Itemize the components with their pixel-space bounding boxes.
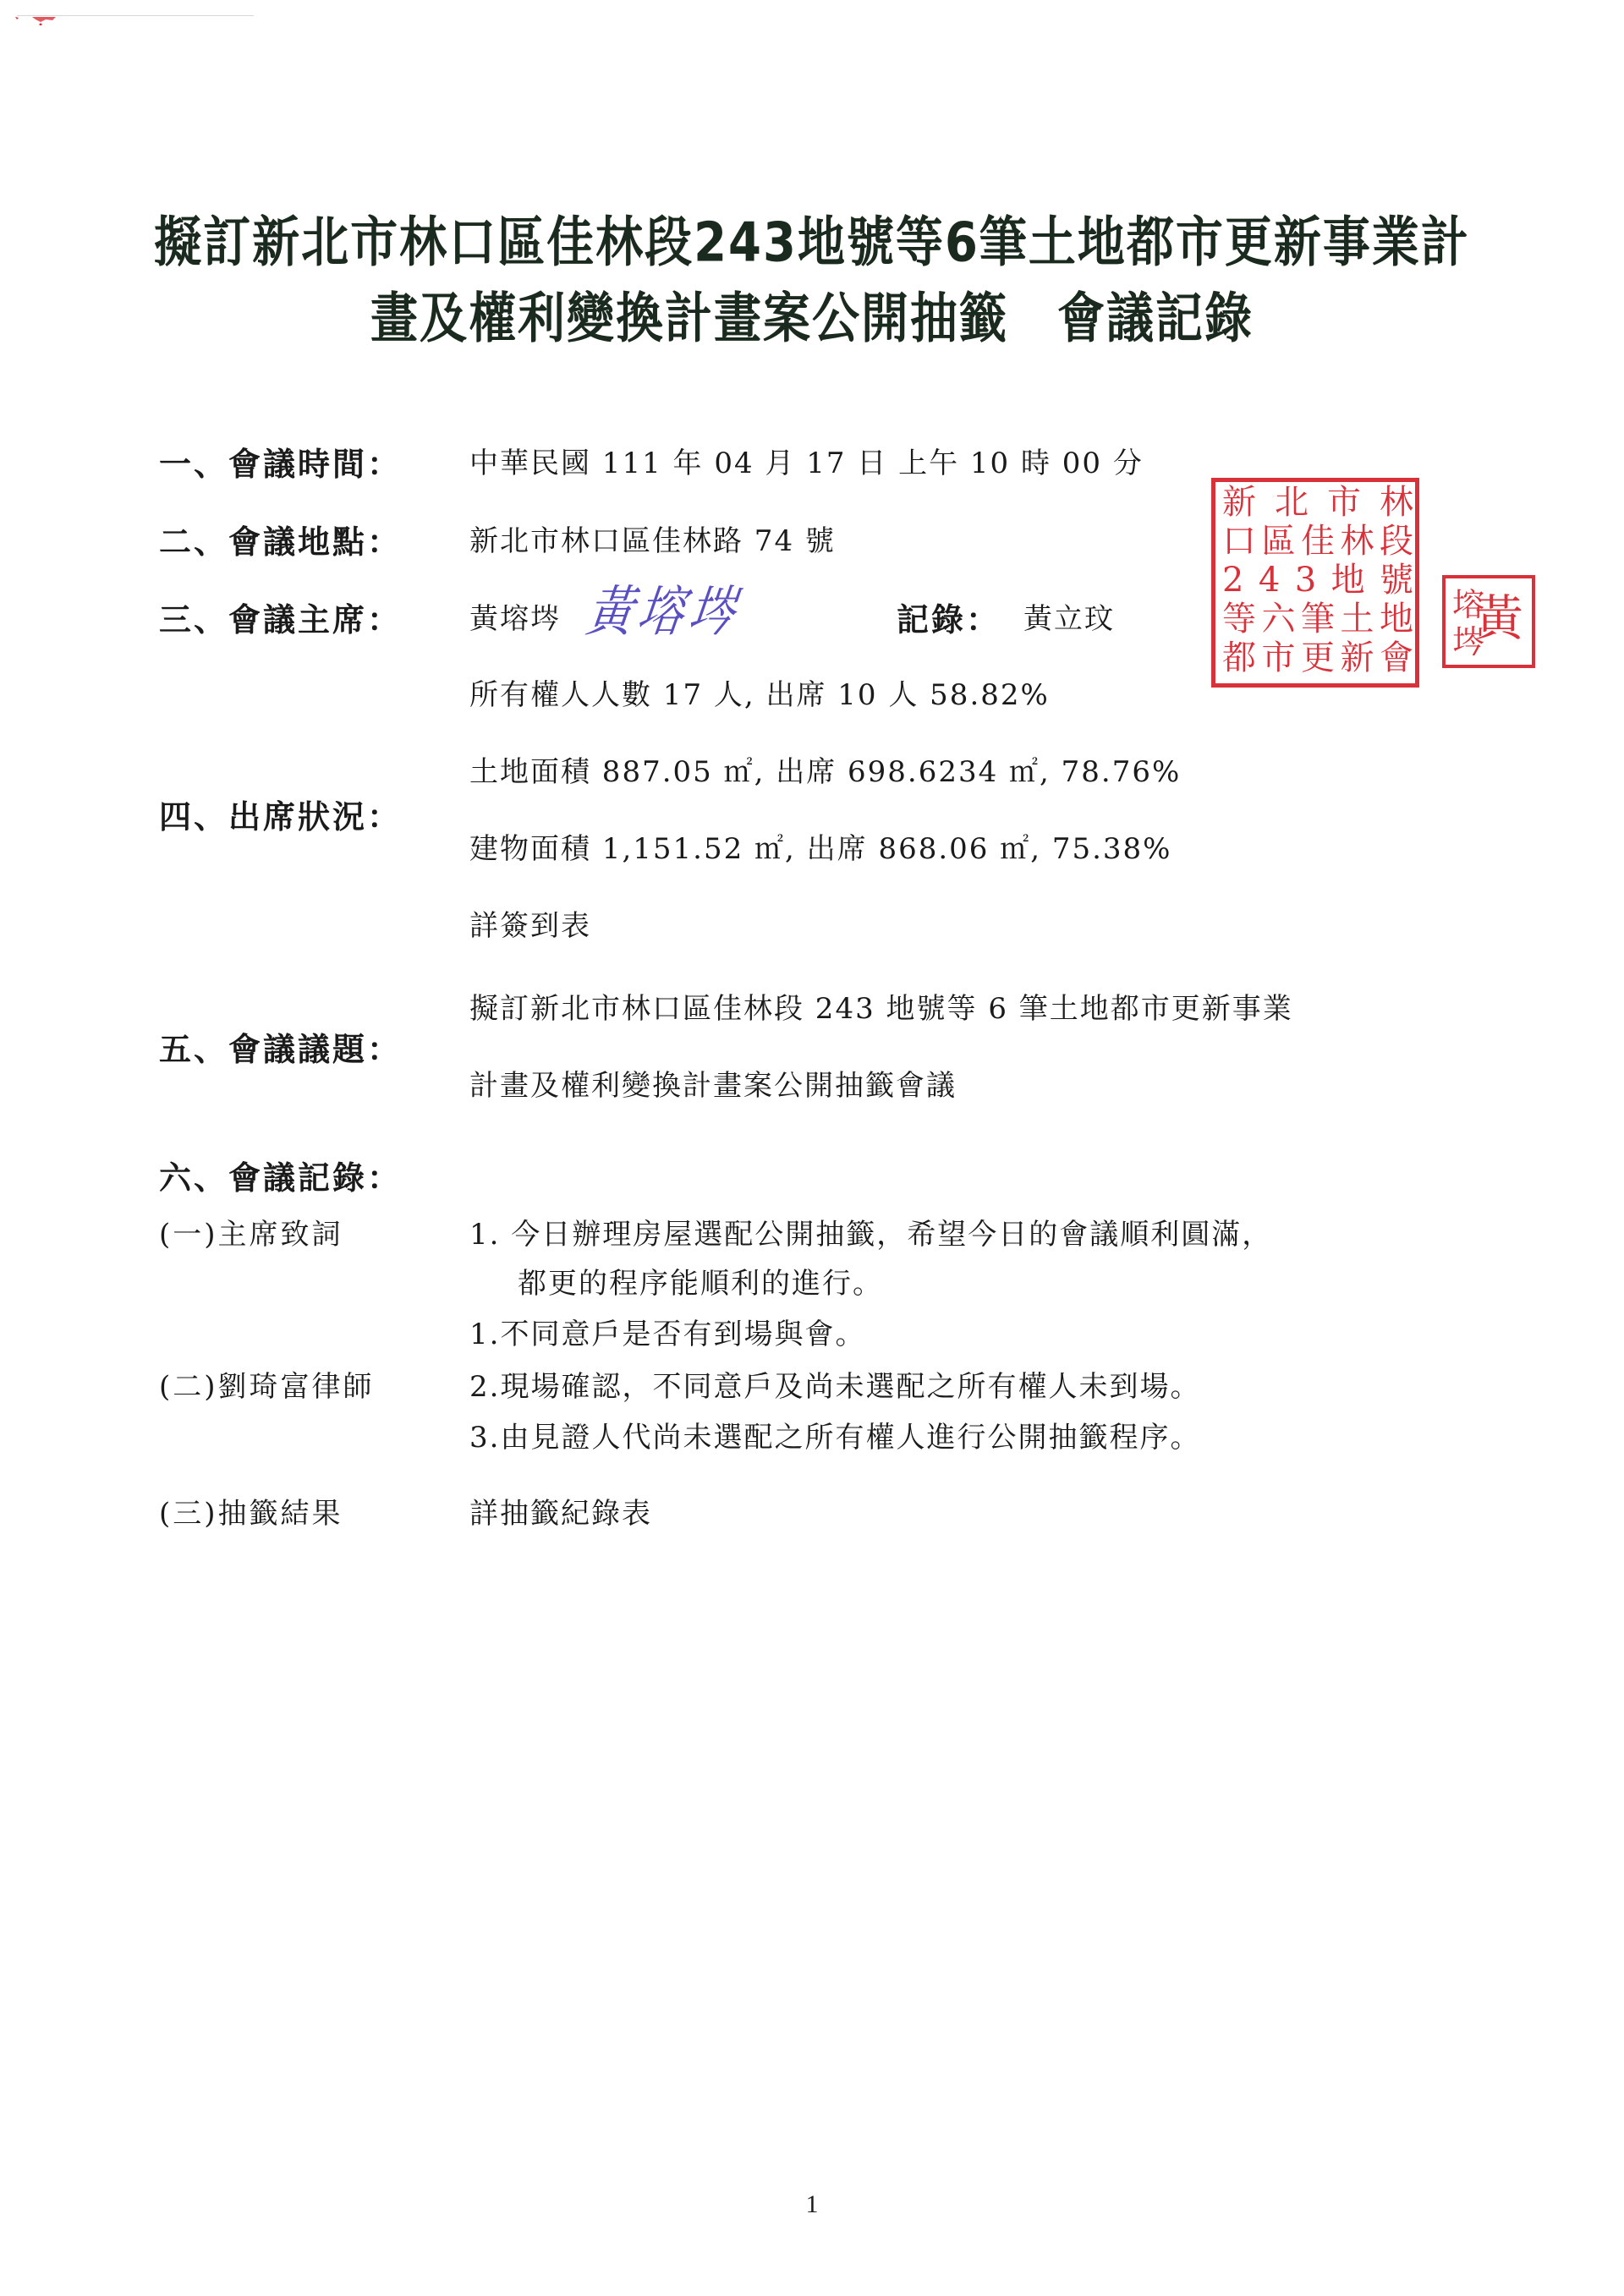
seal-char: 林 — [1380, 484, 1413, 521]
seal-char: 地 — [1380, 600, 1413, 638]
seal-row-4: 等 六 筆 土 地 — [1222, 600, 1413, 638]
minutes-item-chair-remarks-line: 都更的程序能順利的進行。 — [518, 1260, 883, 1301]
seal-row-1: 新 北 市 林 — [1222, 484, 1413, 521]
minutes-item-draw-result-label: (三)抽籤結果 — [159, 1490, 343, 1532]
minutes-item-lawyer-label: (二)劉琦富律師 — [159, 1363, 375, 1405]
seal-given-name-column: 塎 埁 — [1452, 589, 1484, 658]
attendance-land-area-line: 土地面積 887.05 ㎡, 出席 698.6234 ㎡, 78.76% — [469, 748, 1181, 790]
association-seal: 新 北 市 林 口 區 佳 林 段 2 4 3 地 號 等 六 筆 土 地 都 — [1211, 478, 1419, 688]
seal-char: 號 — [1380, 562, 1413, 599]
meeting-topic-line-2: 計畫及權利變換計畫案公開抽籤會議 — [469, 1062, 957, 1104]
meeting-time-label: 一、會議時間： — [159, 438, 402, 485]
seal-char: 2 — [1222, 562, 1243, 599]
recorder-value: 黃立玟 — [1023, 595, 1115, 637]
meeting-chair-label: 三、會議主席： — [159, 594, 402, 640]
seal-char: 段 — [1380, 523, 1413, 560]
document-page: 擬訂新北市林口區佳林段243地號等6筆土地都市更新事業計 畫及權利變換計畫案公開… — [0, 0, 1624, 2296]
seal-char: 等 — [1222, 600, 1256, 638]
minutes-item-lawyer-line: 1.不同意戶是否有到場與會。 — [469, 1311, 865, 1352]
seal-char: 口 — [1222, 523, 1256, 560]
attendance-building-area-line: 建物面積 1,151.52 ㎡, 出席 868.06 ㎡, 75.38% — [469, 825, 1171, 867]
seal-char: 土 — [1341, 600, 1374, 638]
chair-personal-seal: 黃 塎 埁 — [1442, 575, 1535, 668]
seal-char: 林 — [1341, 523, 1374, 560]
meeting-location-label: 二、會議地點： — [159, 516, 402, 562]
minutes-item-lawyer-line: 3.由見證人代尚未選配之所有權人進行公開抽籤程序。 — [469, 1414, 1200, 1455]
chair-handwritten-signature: 黃塎埁 — [583, 568, 746, 646]
seal-char: 更 — [1301, 639, 1335, 677]
seal-char: 4 — [1259, 562, 1280, 599]
minutes-item-lawyer-line: 2.現場確認，不同意戶及尚未選配之所有權人未到場。 — [469, 1363, 1200, 1405]
seal-char: 新 — [1222, 484, 1256, 521]
seal-char: 區 — [1262, 523, 1296, 560]
meeting-time-value: 中華民國 111 年 04 月 17 日 上午 10 時 00 分 — [469, 440, 1144, 481]
document-title-line-1: 擬訂新北市林口區佳林段243地號等6筆土地都市更新事業計 — [0, 200, 1624, 277]
seal-char: 市 — [1327, 484, 1361, 521]
minutes-item-chair-remarks-line: 1. 今日辦理房屋選配公開抽籤，希望今日的會議順利圓滿， — [469, 1211, 1272, 1252]
attendance-owners-line: 所有權人人數 17 人, 出席 10 人 58.82% — [469, 671, 1050, 713]
meeting-location-value: 新北市林口區佳林路 74 號 — [469, 518, 836, 559]
recorder-label: 記錄： — [897, 594, 1001, 640]
seal-char: 新 — [1341, 639, 1374, 677]
page-number: 1 — [0, 2190, 1624, 2219]
seal-char: 佳 — [1301, 523, 1335, 560]
seal-char: 市 — [1262, 639, 1296, 677]
scan-artifact-mark — [15, 15, 59, 25]
document-title-line-2: 畫及權利變換計畫案公開抽籤 會議記錄 — [0, 276, 1624, 353]
seal-char: 塎 — [1452, 589, 1484, 621]
seal-char: 都 — [1222, 639, 1256, 677]
minutes-item-chair-remarks-label: (一)主席致詞 — [159, 1211, 343, 1252]
seal-char: 3 — [1295, 562, 1316, 599]
meeting-chair-value: 黃塎埁 — [469, 595, 561, 637]
seal-row-2: 口 區 佳 林 段 — [1222, 523, 1413, 560]
seal-char: 六 — [1262, 600, 1296, 638]
meeting-topic-line-1: 擬訂新北市林口區佳林段 243 地號等 6 筆土地都市更新事業 — [469, 985, 1293, 1027]
seal-char: 地 — [1331, 562, 1365, 599]
seal-row-3: 2 4 3 地 號 — [1222, 562, 1413, 599]
seal-char: 北 — [1275, 484, 1309, 521]
seal-char: 會 — [1380, 639, 1413, 677]
meeting-minutes-label: 六、會議記錄： — [159, 1152, 402, 1198]
meeting-topic-label: 五、會議議題： — [159, 1023, 402, 1070]
seal-char: 筆 — [1301, 600, 1335, 638]
attendance-label: 四、出席狀況： — [159, 791, 402, 837]
seal-row-5: 都 市 更 新 會 — [1222, 639, 1413, 677]
seal-char: 埁 — [1452, 626, 1484, 658]
attendance-sign-in-note: 詳簽到表 — [469, 902, 591, 944]
minutes-item-draw-result-line: 詳抽籤紀錄表 — [469, 1490, 652, 1532]
